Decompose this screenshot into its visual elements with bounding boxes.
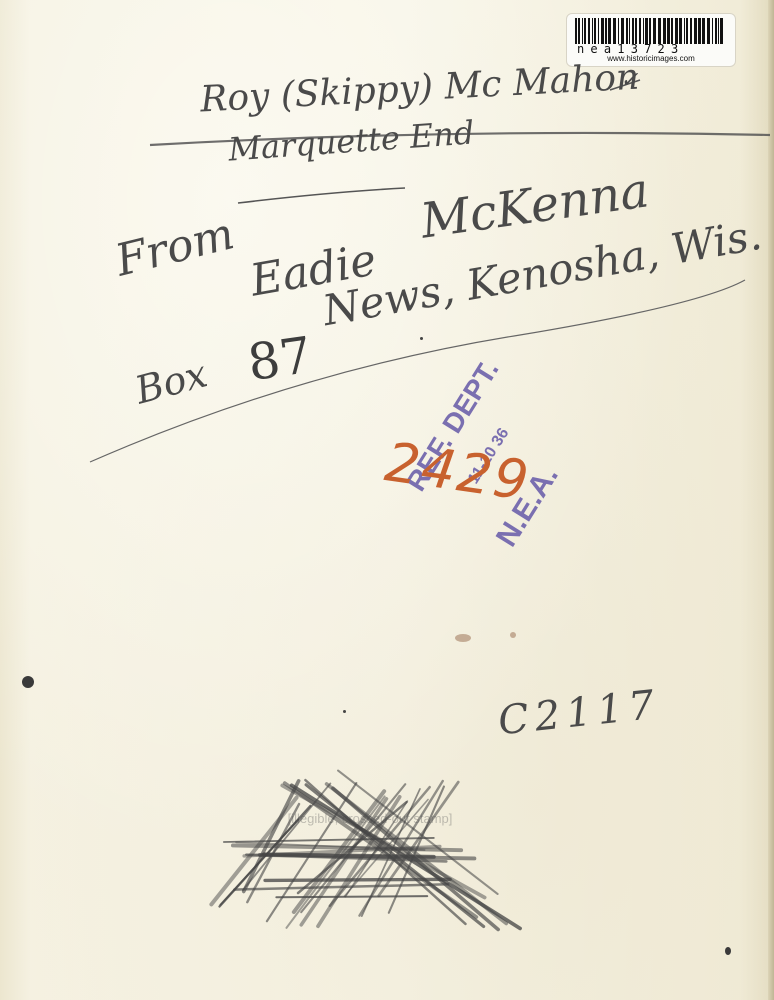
stain-speck bbox=[725, 947, 731, 955]
stain-speck bbox=[343, 710, 346, 713]
box-number: 87 bbox=[244, 326, 315, 392]
stain-speck bbox=[455, 634, 471, 642]
stain-speck bbox=[22, 676, 34, 688]
stain-speck bbox=[420, 337, 423, 340]
stain-speck bbox=[510, 632, 516, 638]
pencil-scribble bbox=[200, 760, 540, 940]
check-mark: ✓ bbox=[620, 68, 638, 93]
